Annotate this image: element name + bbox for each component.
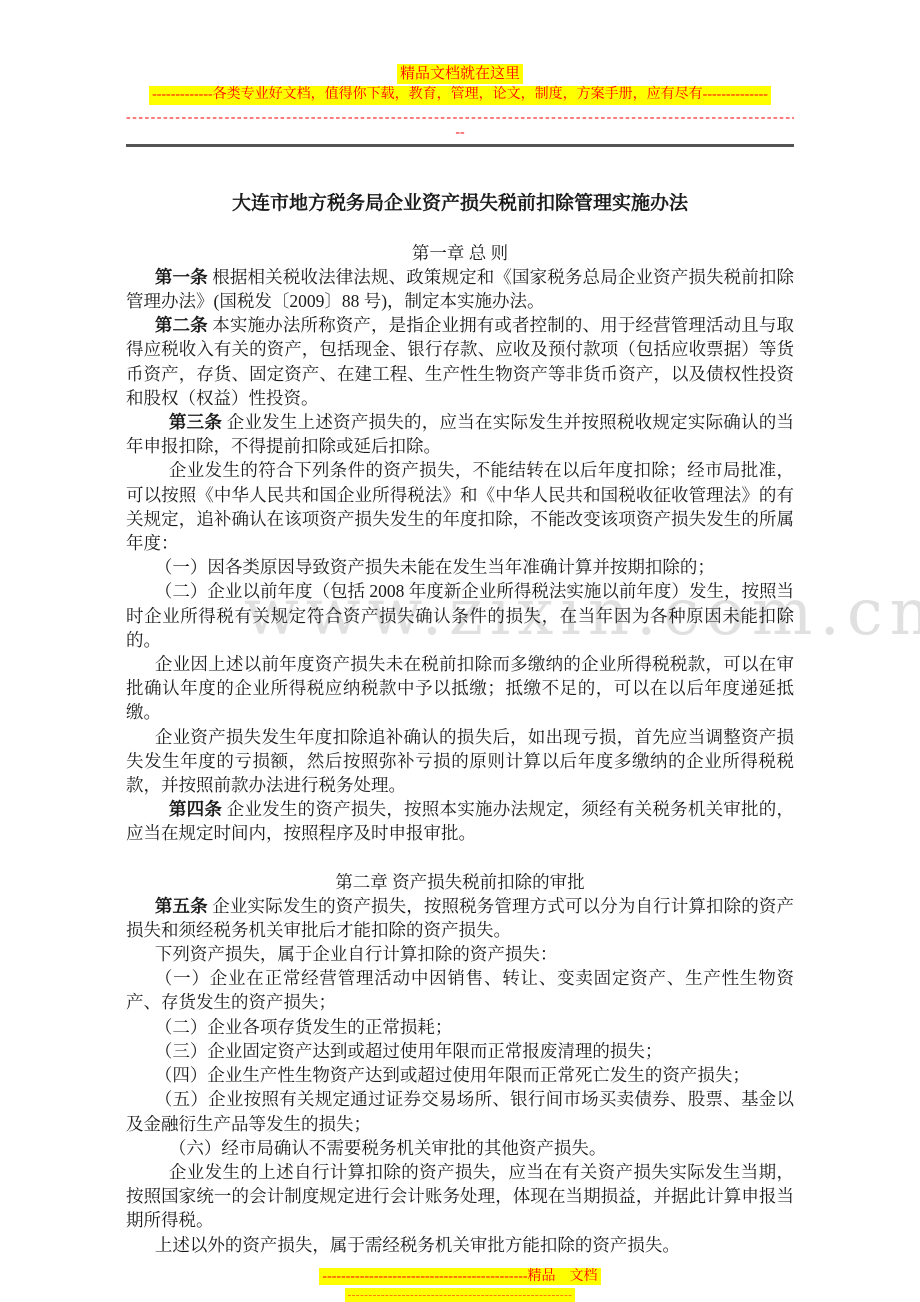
- chapter-1-paragraphs: 第一条 根据相关税收法律法规、政策规定和《国家税务总局企业资产损失税前扣除管理办…: [126, 265, 794, 846]
- page-content: 精品文档就在这里 -------------各类专业好文档，值得你下载，教育，管…: [0, 0, 920, 1302]
- footer-line2: ----------------------------------------…: [345, 1288, 576, 1302]
- article-number: 第五条: [155, 896, 208, 916]
- chapter-2-heading: 第二章 资产损失税前扣除的审批: [126, 870, 794, 894]
- paragraph: （五）企业按照有关规定通过证券交易场所、银行间市场买卖债券、股票、基金以及金融衍…: [126, 1087, 794, 1135]
- chapter-2-paragraphs: 第五条 企业实际发生的资产损失，按照税务管理方式可以分为自行计算扣除的资产损失和…: [126, 894, 794, 1257]
- paragraph: （一）因各类原因导致资产损失未能在发生当年准确计算并按期扣除的；: [126, 555, 794, 579]
- promo-line1: 精品文档就在这里: [397, 64, 523, 84]
- footer-line1-wrap: ----------------------------------------…: [0, 1267, 920, 1285]
- promo-line2: -------------各类专业好文档，值得你下载，教育，管理，论文，制度，方…: [149, 86, 771, 105]
- article-number: 第三条: [169, 412, 222, 432]
- paragraph: 第一条 根据相关税收法律法规、政策规定和《国家税务总局企业资产损失税前扣除管理办…: [126, 265, 794, 313]
- red-dashed-separator: ----------------------------------------…: [126, 110, 794, 125]
- promo-line1-wrap: 精品文档就在这里: [0, 64, 920, 84]
- paragraph: 第三条 企业发生上述资产损失的，应当在实际发生并按照税收规定实际确认的当年申报扣…: [126, 410, 794, 458]
- paragraph: （一）企业在正常经营管理活动中因销售、转让、变卖固定资产、生产性生物资产、存货发…: [126, 966, 794, 1014]
- promo-line2-wrap: -------------各类专业好文档，值得你下载，教育，管理，论文，制度，方…: [0, 84, 920, 105]
- document-page: www.zixin.com.cn 精品文档就在这里 -------------各…: [0, 0, 920, 1302]
- paragraph: 企业发生的上述自行计算扣除的资产损失，应当在有关资产损失实际发生当期，按照国家统…: [126, 1160, 794, 1233]
- promo-header: 精品文档就在这里 -------------各类专业好文档，值得你下载，教育，管…: [0, 0, 920, 147]
- paragraph: 企业发生的符合下列条件的资产损失，不能结转在以后年度扣除；经市局批准，可以按照《…: [126, 458, 794, 555]
- paragraph: （三）企业固定资产达到或超过使用年限而正常报废清理的损失；: [126, 1039, 794, 1063]
- paragraph: （二）企业各项存货发生的正常损耗；: [126, 1015, 794, 1039]
- article-number: 第四条: [169, 799, 222, 819]
- paragraph: 第五条 企业实际发生的资产损失，按照税务管理方式可以分为自行计算扣除的资产损失和…: [126, 894, 794, 942]
- paragraph: （六）经市局确认不需要税务机关审批的其他资产损失。: [126, 1136, 794, 1160]
- paragraph: 第二条 本实施办法所称资产，是指企业拥有或者控制的、用于经营管理活动且与取得应税…: [126, 313, 794, 410]
- chapter-1-heading: 第一章 总 则: [126, 241, 794, 265]
- paragraph: 第四条 企业发生的资产损失，按照本实施办法规定，须经有关税务机关审批的，应当在规…: [126, 797, 794, 845]
- paragraph: （二）企业以前年度（包括 2008 年度新企业所得税法实施以前年度）发生，按照当…: [126, 579, 794, 652]
- footer-line1: ----------------------------------------…: [319, 1268, 600, 1285]
- header-rule: [126, 144, 794, 147]
- paragraph: （四）企业生产性生物资产达到或超过使用年限而正常死亡发生的资产损失；: [126, 1063, 794, 1087]
- document-title: 大连市地方税务局企业资产损失税前扣除管理实施办法: [126, 191, 794, 217]
- footer-line2-wrap: ----------------------------------------…: [0, 1285, 920, 1302]
- paragraph: 企业因上述以前年度资产损失未在税前扣除而多缴纳的企业所得税税款，可以在审批确认年…: [126, 652, 794, 725]
- red-dashed-separator-tail: --: [0, 125, 920, 141]
- promo-footer: ----------------------------------------…: [0, 1267, 920, 1302]
- paragraph: 上述以外的资产损失，属于需经税务机关审批方能扣除的资产损失。: [126, 1233, 794, 1257]
- article-number: 第一条: [155, 267, 208, 287]
- paragraph: 下列资产损失，属于企业自行计算扣除的资产损失：: [126, 942, 794, 966]
- paragraph: 企业资产损失发生年度扣除追补确认的损失后，如出现亏损，首先应当调整资产损失发生年…: [126, 725, 794, 798]
- article-number: 第二条: [155, 315, 208, 335]
